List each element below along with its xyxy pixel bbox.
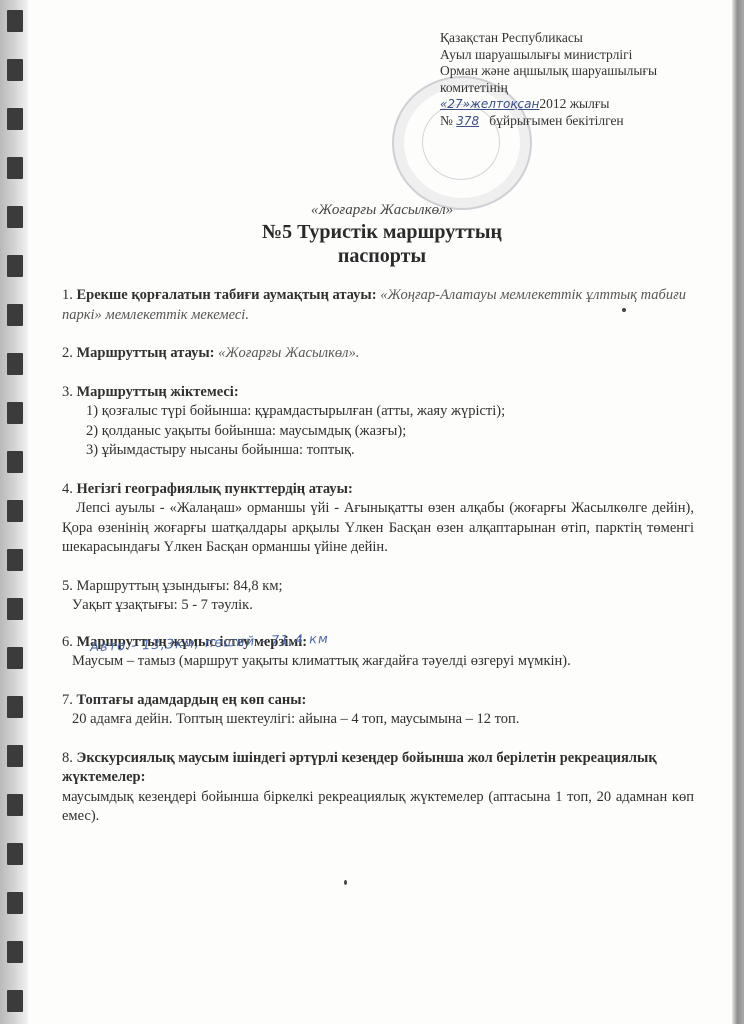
binding-hole [7,696,23,718]
section-3: 3. Маршруттың жіктемесі: 1) қозғалыс түр… [62,383,694,461]
binding-hole [7,157,23,179]
section-number: 8. [62,750,73,766]
binding-hole [7,59,23,81]
route-duration: Уақыт ұзақтығы: 5 - 7 тәулік. [62,596,694,616]
binding-hole [7,598,23,620]
approval-date: «27»желтоқсан2012 жылғы [440,96,700,113]
section-number: 1. [62,287,73,303]
binding-hole [7,990,23,1012]
section-number: 5. [62,578,73,594]
handwritten-day: «27» [440,97,470,111]
binding-hole [7,647,23,669]
section-1: 1. Ерекше қорғалатын табиғи аумақтың ата… [62,286,694,325]
section-2: 2. Маршруттың атауы: «Жоғарғы Жасылкөл». [62,344,694,364]
document-title-line-1: №5 Туристік маршруттың [20,221,744,243]
page-edge-shadow [732,0,744,1024]
classification-item: 3) ұйымдастыру нысаны бойынша: топтық. [62,441,694,461]
section-label: Маршруттың жіктемесі: [77,384,239,400]
handwritten-order-number: 378 [456,114,479,128]
section-number: 3. [62,384,73,400]
scan-speck [344,880,347,885]
binding-hole [7,108,23,130]
section-5: 5. Маршруттың ұзындығы: 84,8 км; Уақыт ұ… [62,577,694,616]
approval-block: Қазақстан Республикасы Ауыл шаруашылығы … [440,30,700,129]
binding-hole [7,353,23,375]
section-8: 8. Экскурсиялық маусым ішіндегі әртүрлі … [62,749,694,827]
section-label: Ерекше қорғалатын табиғи аумақтың атауы: [77,287,377,303]
approval-line: Қазақстан Республикасы [440,30,700,47]
approval-order-text: бұйрығымен бекітілген [489,113,623,128]
number-sign: № [440,113,453,128]
approval-year: 2012 жылғы [539,96,609,111]
scan-speck [622,308,626,312]
section-number: 2. [62,345,73,361]
binding-hole [7,402,23,424]
classification-item: 1) қозғалыс түрі бойынша: құрамдастырылғ… [62,402,694,422]
approval-order: № 378 бұйрығымен бекітілген [440,113,700,130]
section-label: Экскурсиялық маусым ішіндегі әртүрлі кез… [62,750,657,786]
binding-hole [7,500,23,522]
route-subtitle: «Жоғарғы Жасылкөл» [20,202,744,219]
binding-hole [7,794,23,816]
section-4: 4. Негізгі географиялық пункттердің атау… [62,480,694,558]
binding-hole [7,549,23,571]
approval-line: комитетінің [440,80,700,97]
section-number: 6. [62,634,73,650]
classification-item: 2) қолданыс уақыты бойынша: маусымдық (ж… [62,422,694,442]
approval-line: Ауыл шаруашылығы министрлігі [440,47,700,64]
binding-hole [7,745,23,767]
section-text: Лепсі ауылы - «Жалаңаш» орманшы үйі - Ағ… [62,499,694,558]
section-text: Маусым – тамыз (маршрут уақыты климаттық… [62,652,694,672]
binding-hole [7,941,23,963]
route-length: Маршруттың ұзындығы: 84,8 км; [77,578,283,594]
section-number: 4. [62,481,73,497]
section-value: «Жоғарғы Жасылкөл». [218,345,359,361]
document-title-line-2: паспорты [20,245,744,267]
binding-hole [7,304,23,326]
document-body: 1. Ерекше қорғалатын табиғи аумақтың ата… [62,286,694,827]
section-text: маусымдық кезеңдері бойынша біркелкі рек… [62,788,694,827]
spiral-binding [0,0,28,1024]
section-label: Маршруттың атауы: [77,345,215,361]
binding-hole [7,892,23,914]
approval-line: Орман және аңшылық шаруашылығы [440,63,700,80]
section-label: Топтағы адамдардың ең көп саны: [77,692,307,708]
binding-hole [7,451,23,473]
section-text: 20 адамға дейін. Топтың шектеулігі: айын… [62,710,694,730]
section-number: 7. [62,692,73,708]
binding-hole [7,10,23,32]
binding-hole [7,843,23,865]
handwritten-month: желтоқсан [470,97,539,111]
document-title-block: «Жоғарғы Жасылкөл» №5 Туристік маршрутты… [0,202,744,267]
section-7: 7. Топтағы адамдардың ең көп саны: 20 ад… [62,691,694,730]
section-label: Негізгі географиялық пункттердің атауы: [77,481,353,497]
